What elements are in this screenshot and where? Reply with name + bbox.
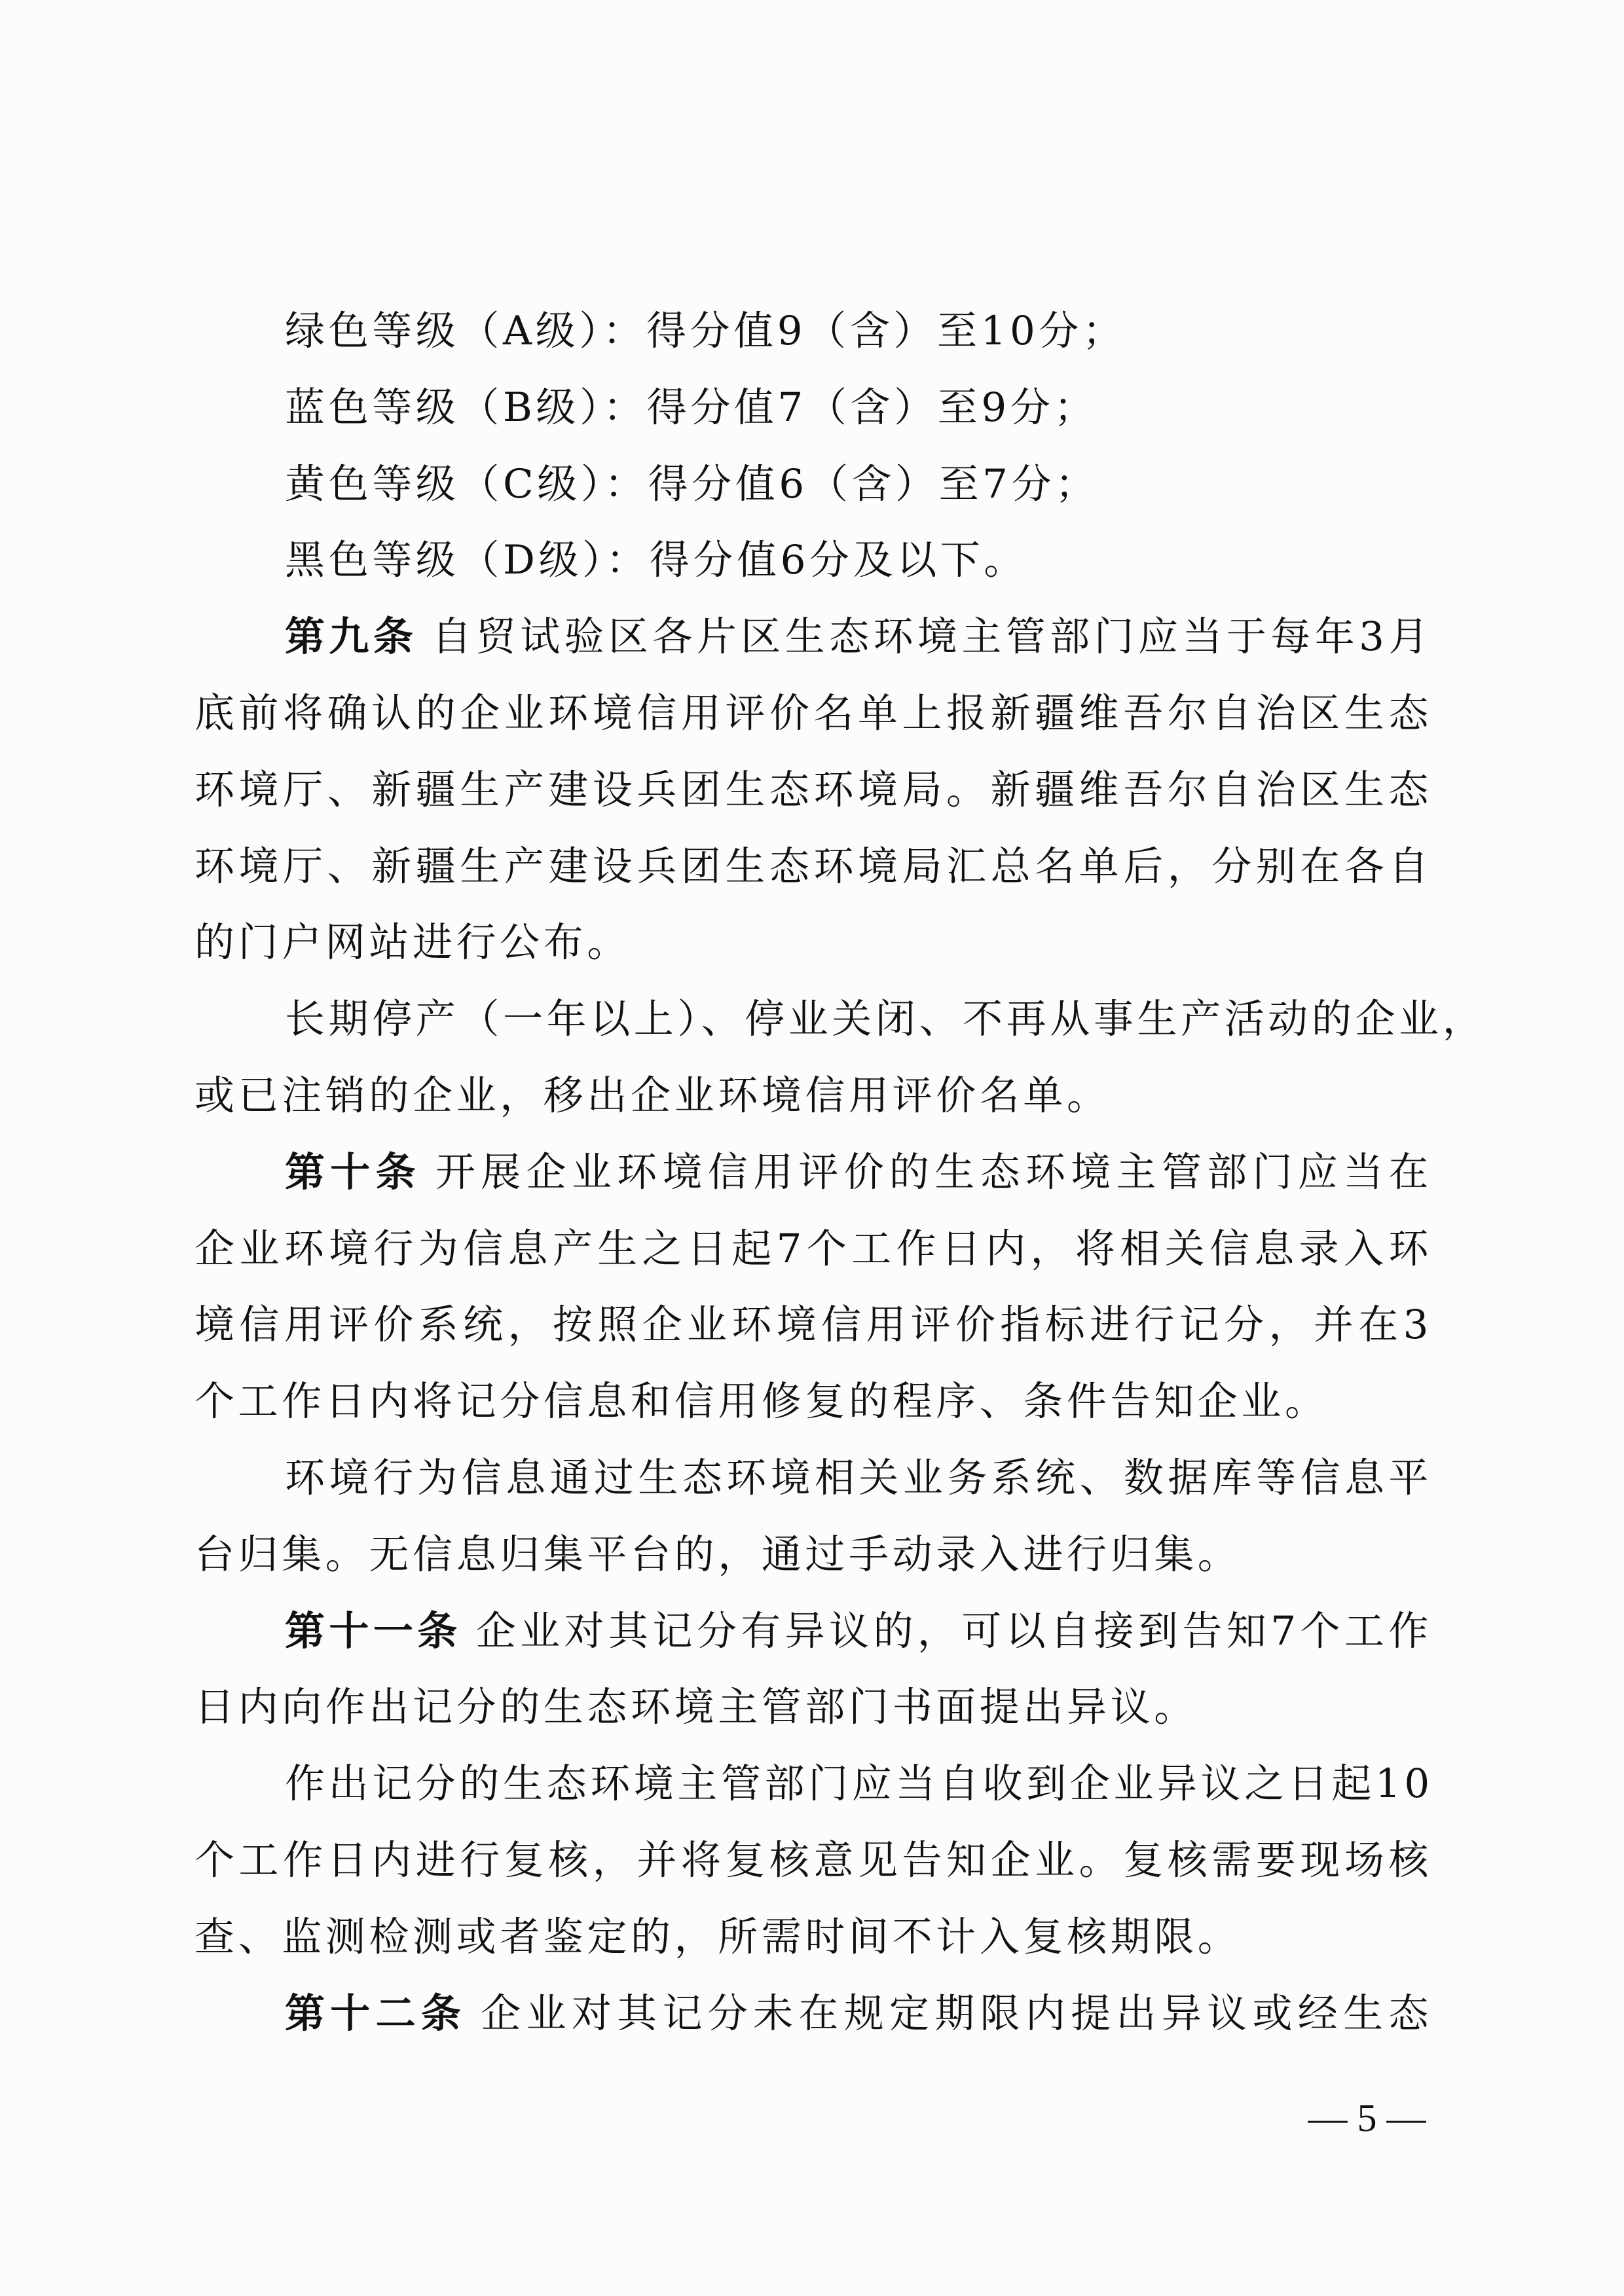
grade-line-b: 蓝色等级（B级）：得分值7（含）至9分； — [194, 376, 1432, 453]
article-10-line: 第十条开展企业环境信用评价的生态环境主管部门应当在 — [194, 1141, 1432, 1218]
paragraph-line: 境信用评价系统，按照企业环境信用评价指标进行记分，并在3 — [194, 1294, 1432, 1370]
article-12-line: 第十二条企业对其记分未在规定期限内提出异议或经生态 — [194, 1982, 1432, 2059]
article-text: 企业对其记分有异议的，可以自接到告知7个工作 — [476, 1608, 1432, 1654]
article-9-line: 第九条自贸试验区各片区生态环境主管部门应当于每年3月 — [194, 606, 1432, 682]
paragraph-line: 长期停产（一年以上）、停业关闭、不再从事生产活动的企业， — [194, 988, 1432, 1065]
article-text: 开展企业环境信用评价的生态环境主管部门应当在 — [435, 1149, 1432, 1195]
article-heading: 第十条 — [285, 1149, 421, 1195]
paragraph-line: 环境厅、新疆生产建设兵团生态环境局。新疆维吾尔自治区生态 — [194, 759, 1432, 835]
paragraph-line: 底前将确认的企业环境信用评价名单上报新疆维吾尔自治区生态 — [194, 682, 1432, 759]
article-heading: 第十一条 — [285, 1608, 462, 1654]
paragraph-line: 企业环境行为信息产生之日起7个工作日内，将相关信息录入环 — [194, 1218, 1432, 1294]
paragraph-line: 环境厅、新疆生产建设兵团生态环境局汇总名单后，分别在各自 — [194, 835, 1432, 912]
paragraph-line: 环境行为信息通过生态环境相关业务系统、数据库等信息平 — [194, 1447, 1432, 1523]
paragraph-line: 查、监测检测或者鉴定的，所需时间不计入复核期限。 — [194, 1906, 1432, 1982]
article-11-line: 第十一条企业对其记分有异议的，可以自接到告知7个工作 — [194, 1600, 1432, 1677]
paragraph-line: 个工作日内将记分信息和信用修复的程序、条件告知企业。 — [194, 1370, 1432, 1447]
grade-line-d: 黑色等级（D级）：得分值6分及以下。 — [194, 529, 1432, 606]
article-heading: 第九条 — [285, 613, 417, 660]
paragraph-line: 个工作日内进行复核，并将复核意见告知企业。复核需要现场核 — [194, 1829, 1432, 1906]
document-body: 绿色等级（A级）：得分值9（含）至10分； 蓝色等级（B级）：得分值7（含）至9… — [194, 300, 1432, 2058]
article-heading: 第十二条 — [285, 1990, 466, 2037]
grade-line-c: 黄色等级（C级）：得分值6（含）至7分； — [194, 453, 1432, 530]
paragraph-line: 日内向作出记分的生态环境主管部门书面提出异议。 — [194, 1676, 1432, 1753]
paragraph-line: 作出记分的生态环境主管部门应当自收到企业异议之日起10 — [194, 1753, 1432, 1829]
article-text: 企业对其记分未在规定期限内提出异议或经生态 — [481, 1990, 1432, 2037]
grade-line-a: 绿色等级（A级）：得分值9（含）至10分； — [194, 300, 1432, 376]
page-number: — 5 — — [1300, 2092, 1434, 2144]
paragraph-line: 的门户网站进行公布。 — [194, 911, 1432, 988]
paragraph-line: 或已注销的企业，移出企业环境信用评价名单。 — [194, 1065, 1432, 1141]
article-text: 自贸试验区各片区生态环境主管部门应当于每年3月 — [432, 613, 1432, 660]
paragraph-line: 台归集。无信息归集平台的，通过手动录入进行归集。 — [194, 1523, 1432, 1600]
